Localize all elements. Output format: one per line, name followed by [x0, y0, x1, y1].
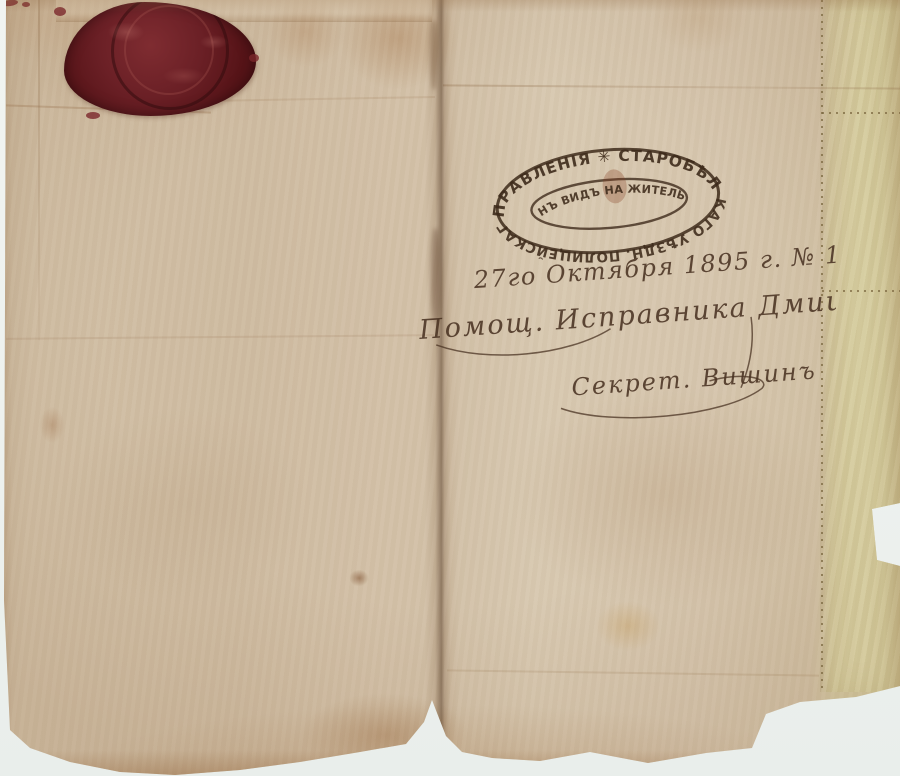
handwritten-signature: Секрет. Вишинъ — [571, 356, 818, 401]
wax-speck — [2, 0, 19, 7]
wax-speck — [22, 2, 30, 7]
wax-speck — [249, 54, 259, 62]
handwritten-block: 27го Октября 1895 г. № 1107 Помощ. Испра… — [406, 230, 836, 445]
crease-line — [6, 334, 434, 340]
wax-seal — [64, 2, 256, 116]
fold-stain — [430, 20, 438, 90]
scanner-background: УПРАВЛЕНІЯ ✳ СТАРОБѢЛЬ СКАГО УѢЗДН. ПОЛИ… — [0, 0, 900, 776]
paper-sheet: УПРАВЛЕНІЯ ✳ СТАРОБѢЛЬ СКАГО УѢЗДН. ПОЛИ… — [0, 0, 900, 776]
crease-line — [38, 0, 40, 340]
wax-speck — [86, 112, 100, 119]
perforation-dots-top — [822, 112, 900, 114]
wax-seal-highlights — [64, 2, 256, 116]
wax-speck — [54, 7, 66, 16]
crease-line — [447, 669, 819, 676]
handwritten-date-line: 27го Октября 1895 г. № 1107 — [472, 237, 836, 294]
